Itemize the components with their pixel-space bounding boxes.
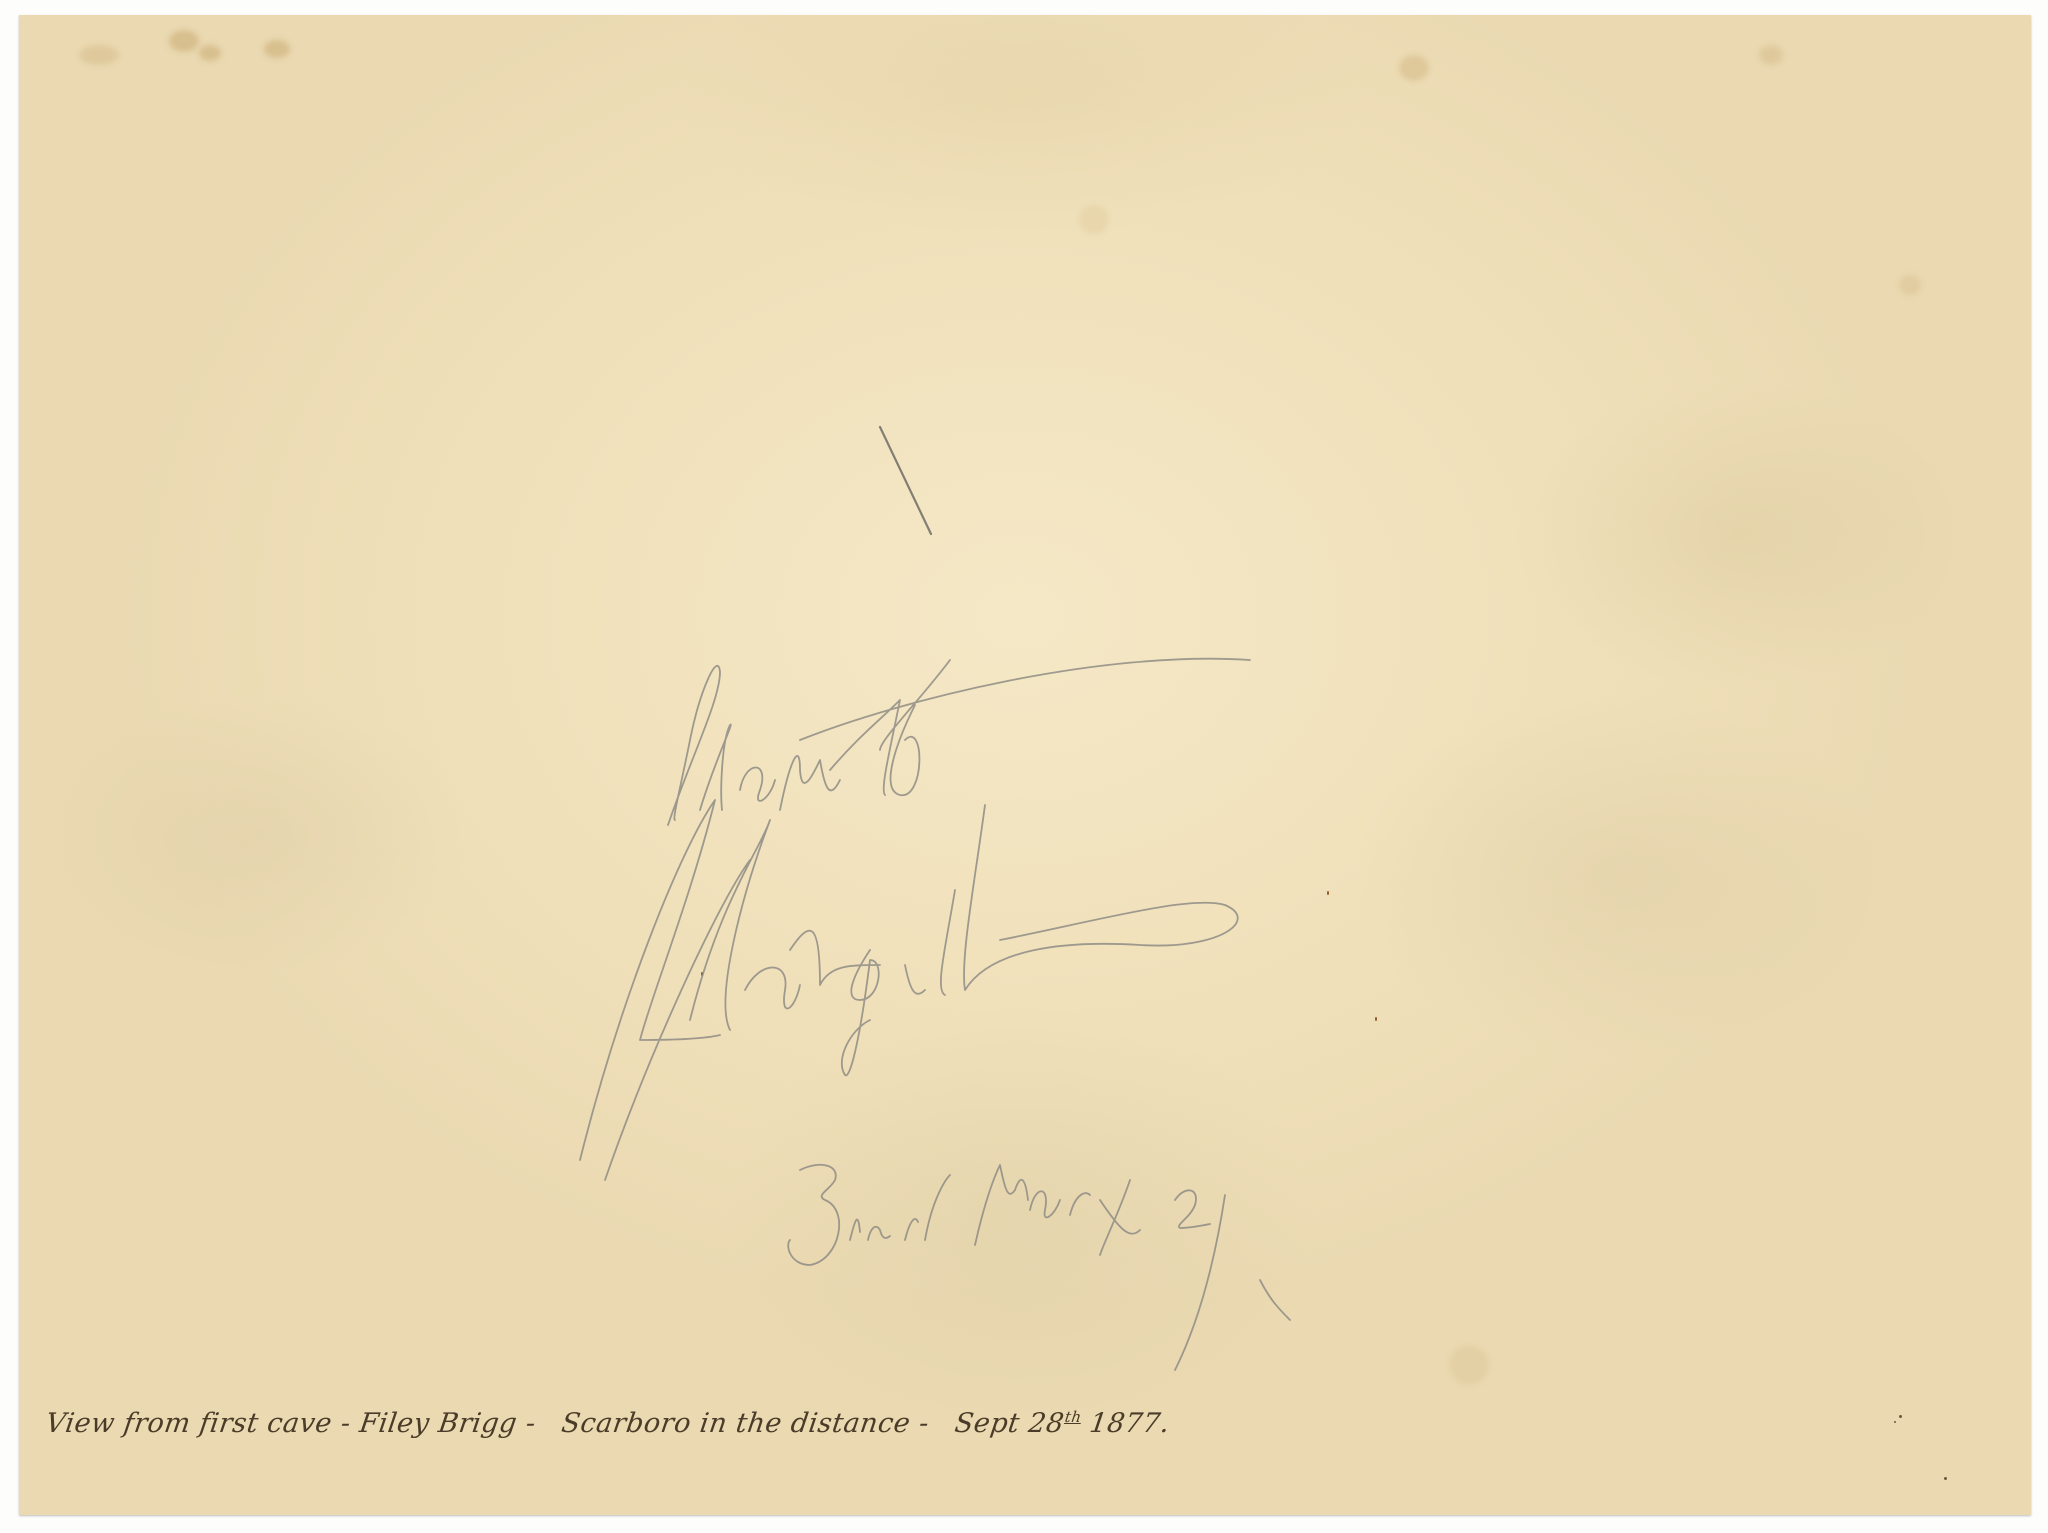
ink-caption: View from first cave - Filey Brigg -Scar… xyxy=(44,1408,1172,1439)
caption-date-suffix: th xyxy=(1064,1408,1083,1426)
pencil-note-line2: flat gilt xyxy=(680,900,973,993)
caption-year: 1877. xyxy=(1088,1408,1172,1439)
caption-location: View from first cave - Filey Brigg - xyxy=(44,1408,538,1439)
caption-date: Sept 28th 1877. xyxy=(953,1408,1172,1439)
caption-distance: Scarboro in the distance - xyxy=(560,1408,932,1439)
pencil-mark xyxy=(880,427,931,534)
caption-date-prefix: Sept 28 xyxy=(953,1408,1066,1439)
pencil-note-line3: 3 in Mar x 2 xyxy=(800,1170,1170,1240)
pencil-handwriting xyxy=(0,0,2048,1533)
pencil-note-line1: Mounts xyxy=(680,700,986,793)
